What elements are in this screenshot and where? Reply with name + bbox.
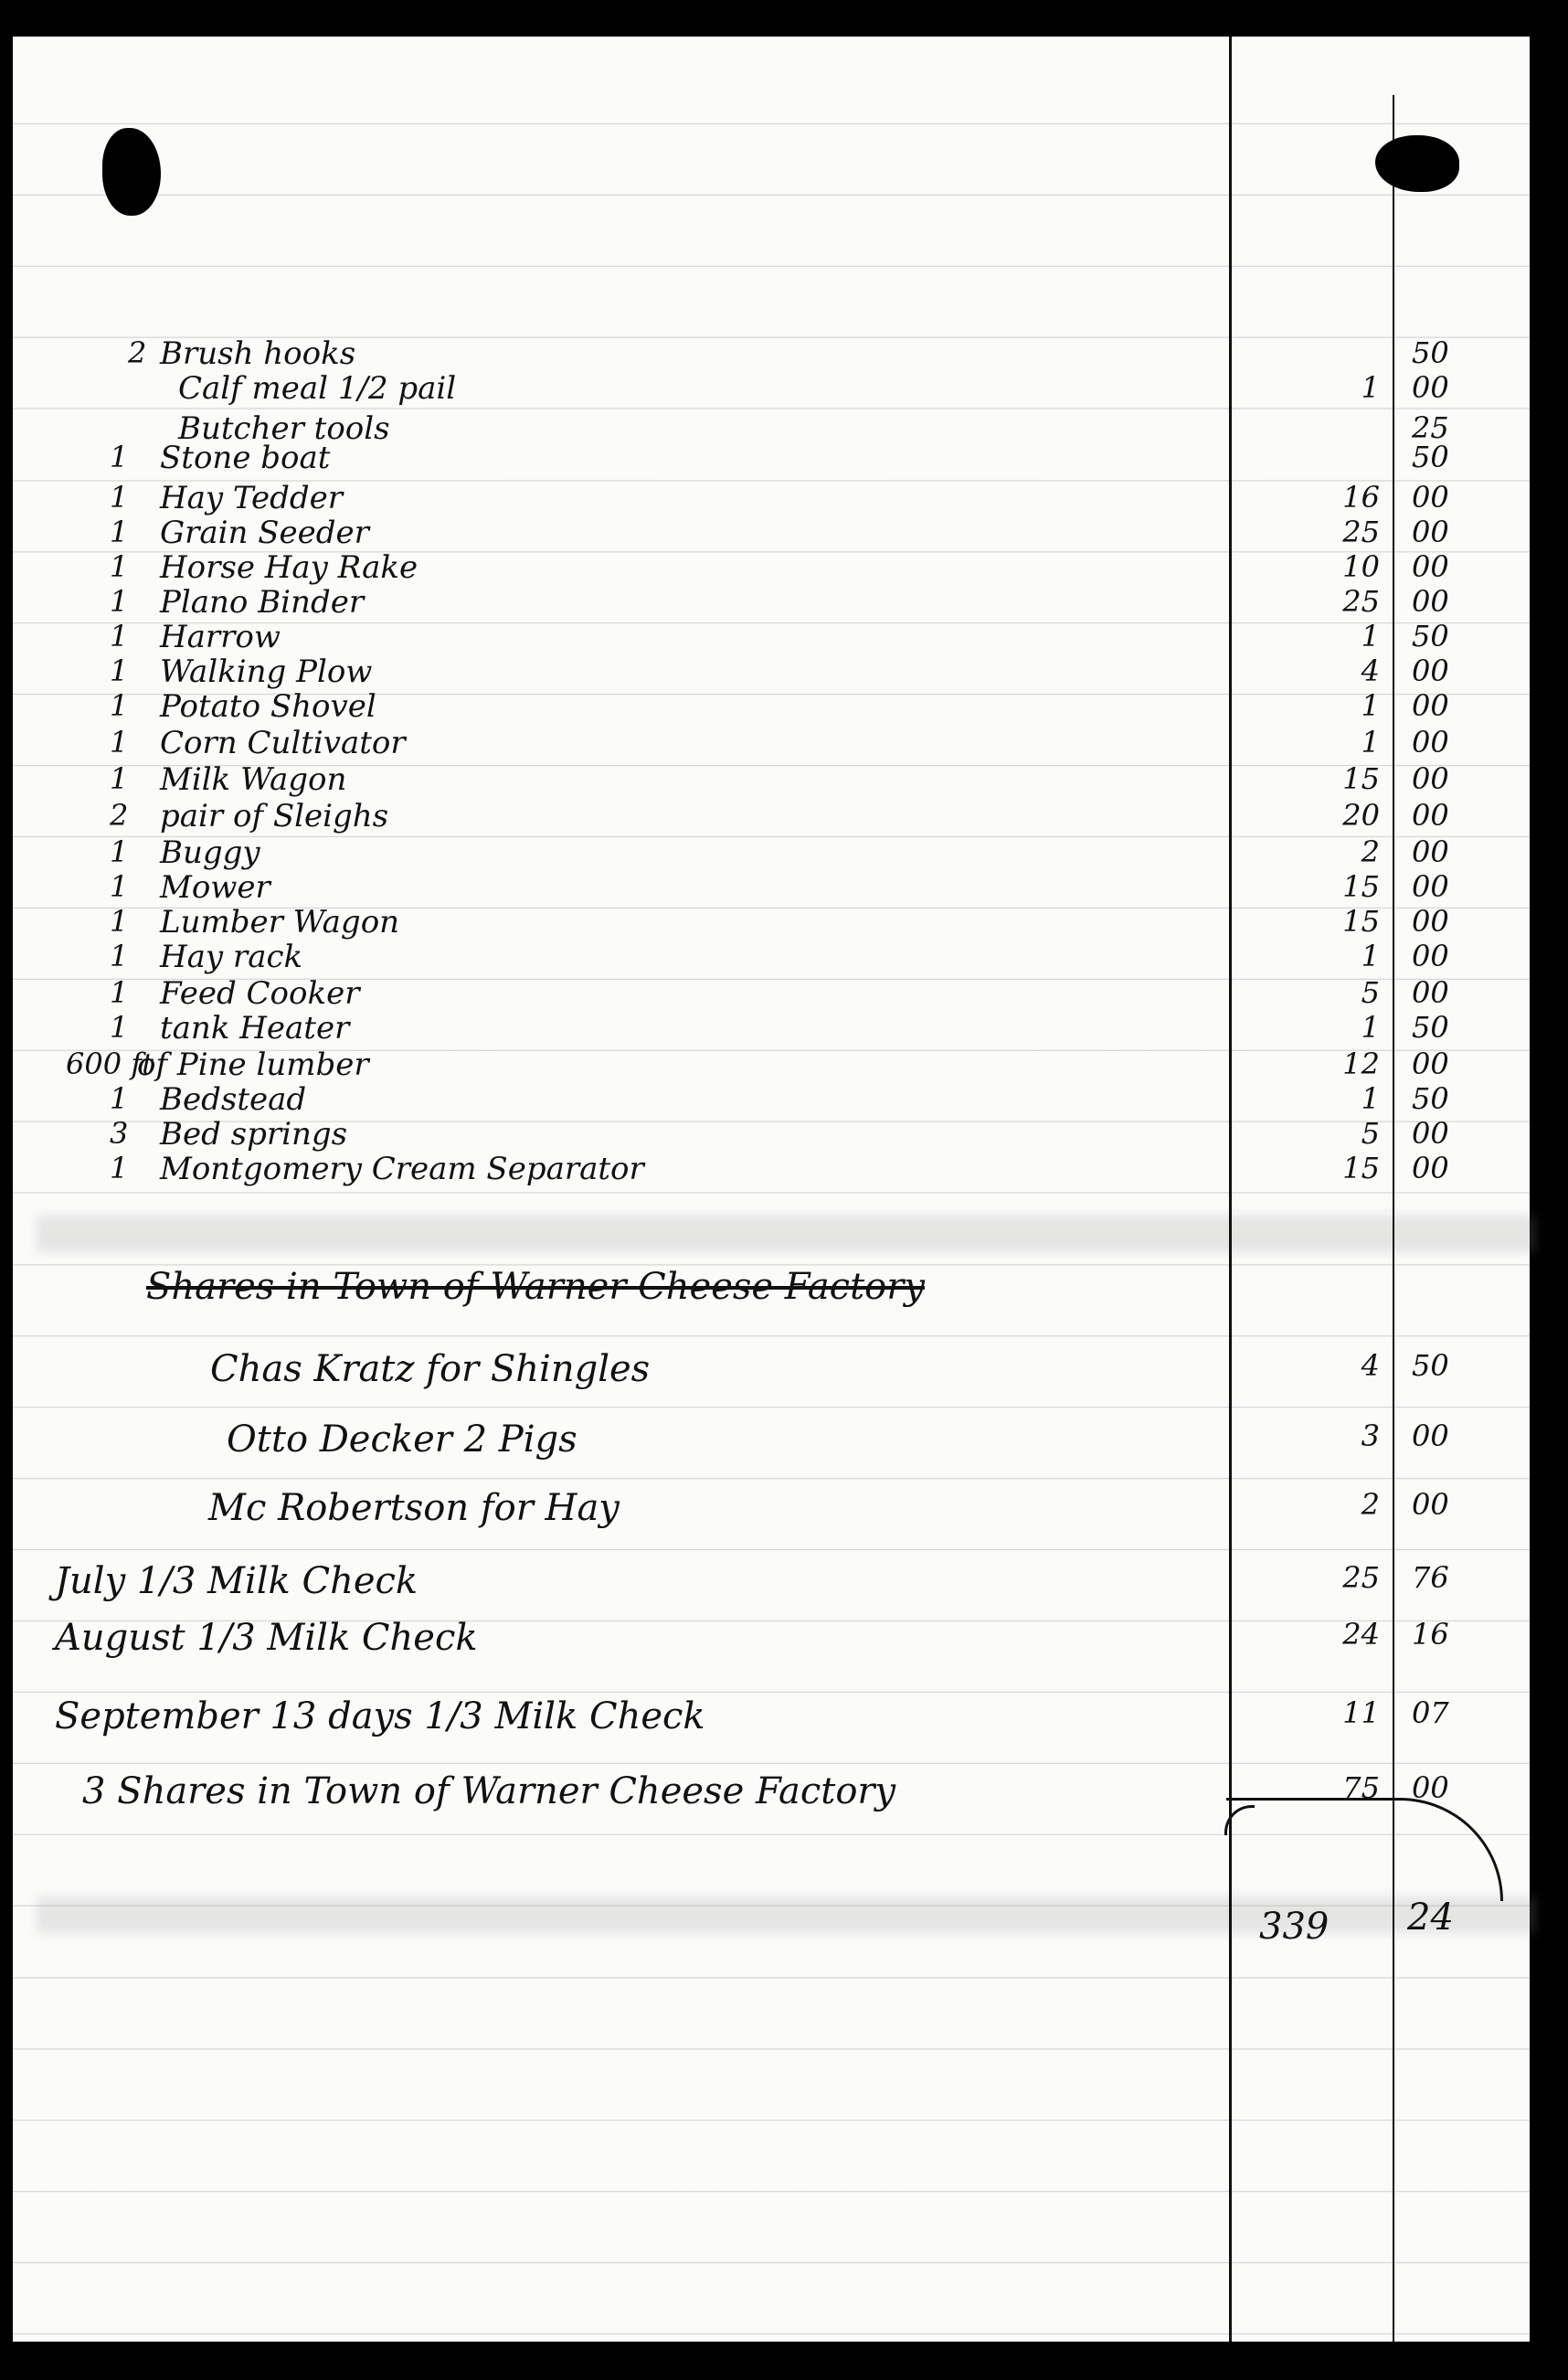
item-dollars: 1 bbox=[1298, 691, 1380, 720]
item-description: Horse Hay Rake bbox=[160, 552, 418, 583]
receipt-dollars: 3 bbox=[1298, 1421, 1380, 1450]
item-dollars: 15 bbox=[1298, 764, 1380, 793]
item-quantity: 2 bbox=[128, 338, 146, 367]
item-description: Lumber Wagon bbox=[160, 907, 399, 938]
item-cents: 00 bbox=[1412, 483, 1494, 512]
item-quantity: 1 bbox=[110, 1153, 128, 1183]
item-description: Plano Binder bbox=[160, 587, 364, 618]
receipt-cents: 00 bbox=[1412, 1421, 1494, 1450]
item-description: Walking Plow bbox=[160, 656, 372, 687]
item-cents: 00 bbox=[1412, 801, 1494, 830]
receipt-description: Mc Robertson for Hay bbox=[208, 1490, 620, 1526]
receipt-cents: 76 bbox=[1412, 1563, 1494, 1592]
item-cents: 50 bbox=[1412, 338, 1494, 367]
cents-column-rule bbox=[1393, 95, 1394, 2342]
item-quantity: 1 bbox=[110, 1084, 128, 1113]
item-description: Milk Wagon bbox=[160, 764, 346, 795]
item-cents: 00 bbox=[1412, 517, 1494, 547]
item-quantity: 1 bbox=[110, 552, 128, 581]
punch-hole-left bbox=[102, 128, 161, 216]
total-cents: 24 bbox=[1407, 1899, 1454, 1936]
receipt-dollars: 24 bbox=[1298, 1620, 1380, 1649]
item-quantity: 1 bbox=[110, 442, 128, 472]
item-description: pair of Sleighs bbox=[160, 801, 388, 832]
item-description: Calf meal 1/2 pail bbox=[178, 373, 456, 404]
receipt-description: September 13 days 1/3 Milk Check bbox=[55, 1698, 705, 1735]
item-description: Bed springs bbox=[160, 1119, 347, 1150]
item-quantity: 1 bbox=[110, 837, 128, 866]
item-cents: 50 bbox=[1412, 442, 1494, 472]
item-cents: 50 bbox=[1412, 1013, 1494, 1042]
item-description: Harrow bbox=[160, 622, 281, 653]
item-cents: 00 bbox=[1412, 656, 1494, 685]
total-dollars: 339 bbox=[1259, 1908, 1329, 1945]
item-dollars: 5 bbox=[1298, 978, 1380, 1007]
item-dollars: 15 bbox=[1298, 907, 1380, 936]
receipt-cents: 00 bbox=[1412, 1490, 1494, 1519]
item-dollars: 1 bbox=[1298, 728, 1380, 757]
item-cents: 00 bbox=[1412, 978, 1494, 1007]
item-quantity: 1 bbox=[110, 1013, 128, 1042]
item-dollars: 2 bbox=[1298, 837, 1380, 866]
dollars-column-rule bbox=[1229, 37, 1232, 2342]
item-cents: 00 bbox=[1412, 764, 1494, 793]
item-description: Corn Cultivator bbox=[160, 728, 406, 759]
item-description: Grain Seeder bbox=[160, 517, 369, 548]
item-dollars: 25 bbox=[1298, 587, 1380, 616]
item-dollars: 25 bbox=[1298, 517, 1380, 547]
item-cents: 00 bbox=[1412, 373, 1494, 402]
receipt-dollars: 11 bbox=[1298, 1698, 1380, 1727]
item-cents: 00 bbox=[1412, 552, 1494, 581]
receipt-dollars: 4 bbox=[1298, 1351, 1380, 1380]
item-description: Buggy bbox=[160, 837, 260, 868]
item-cents: 00 bbox=[1412, 1119, 1494, 1148]
item-description: Hay rack bbox=[160, 941, 302, 972]
item-cents: 50 bbox=[1412, 1084, 1494, 1113]
receipt-description: 3 Shares in Town of Warner Cheese Factor… bbox=[82, 1773, 895, 1810]
item-cents: 25 bbox=[1412, 413, 1494, 442]
item-dollars: 15 bbox=[1298, 1153, 1380, 1183]
item-cents: 00 bbox=[1412, 1153, 1494, 1183]
item-quantity: 1 bbox=[110, 764, 128, 793]
receipt-cents: 00 bbox=[1412, 1773, 1494, 1802]
item-cents: 00 bbox=[1412, 907, 1494, 936]
item-description: Stone boat bbox=[160, 442, 330, 473]
item-quantity: 1 bbox=[110, 872, 128, 901]
item-quantity: 1 bbox=[110, 483, 128, 512]
item-quantity: 1 bbox=[110, 941, 128, 971]
item-description: tank Heater bbox=[160, 1013, 349, 1044]
item-description: of Pine lumber bbox=[137, 1049, 369, 1080]
receipt-description: August 1/3 Milk Check bbox=[55, 1620, 478, 1656]
item-description: Mower bbox=[160, 872, 270, 903]
item-cents: 00 bbox=[1412, 837, 1494, 866]
fold-smudge bbox=[37, 1216, 1535, 1252]
item-dollars: 12 bbox=[1298, 1049, 1380, 1078]
item-cents: 00 bbox=[1412, 1049, 1494, 1078]
item-quantity: 1 bbox=[110, 656, 128, 685]
item-dollars: 1 bbox=[1298, 941, 1380, 971]
item-quantity: 1 bbox=[110, 517, 128, 547]
item-cents: 50 bbox=[1412, 622, 1494, 651]
item-dollars: 1 bbox=[1298, 622, 1380, 651]
item-description: Feed Cooker bbox=[160, 978, 359, 1009]
item-description: Bedstead bbox=[160, 1084, 306, 1115]
receipt-cents: 16 bbox=[1412, 1620, 1494, 1649]
item-quantity: 1 bbox=[110, 622, 128, 651]
item-dollars: 1 bbox=[1298, 1084, 1380, 1113]
punch-hole-right bbox=[1375, 135, 1459, 192]
item-quantity: 3 bbox=[110, 1119, 128, 1148]
item-cents: 00 bbox=[1412, 941, 1494, 971]
item-cents: 00 bbox=[1412, 587, 1494, 616]
item-description: Brush hooks bbox=[160, 338, 355, 369]
item-quantity: 2 bbox=[110, 801, 128, 830]
item-description: Potato Shovel bbox=[160, 691, 376, 722]
item-quantity: 1 bbox=[110, 728, 128, 757]
item-dollars: 4 bbox=[1298, 656, 1380, 685]
item-quantity: 1 bbox=[110, 587, 128, 616]
item-quantity: 1 bbox=[110, 907, 128, 936]
receipt-description: Chas Kratz for Shingles bbox=[210, 1351, 650, 1387]
item-quantity: 1 bbox=[110, 978, 128, 1007]
item-cents: 00 bbox=[1412, 691, 1494, 720]
item-cents: 00 bbox=[1412, 728, 1494, 757]
item-description: Montgomery Cream Separator bbox=[160, 1153, 644, 1185]
item-description: Hay Tedder bbox=[160, 483, 343, 514]
receipt-description: July 1/3 Milk Check bbox=[55, 1563, 418, 1599]
item-dollars: 16 bbox=[1298, 483, 1380, 512]
struck-line: Shares in Town of Warner Cheese Factory bbox=[146, 1269, 925, 1305]
receipt-dollars: 2 bbox=[1298, 1490, 1380, 1519]
item-dollars: 10 bbox=[1298, 552, 1380, 581]
item-dollars: 1 bbox=[1298, 1013, 1380, 1042]
receipt-dollars: 25 bbox=[1298, 1563, 1380, 1592]
receipt-cents: 50 bbox=[1412, 1351, 1494, 1380]
item-dollars: 20 bbox=[1298, 801, 1380, 830]
item-quantity: 1 bbox=[110, 691, 128, 720]
item-dollars: 1 bbox=[1298, 373, 1380, 402]
item-cents: 00 bbox=[1412, 872, 1494, 901]
receipt-cents: 07 bbox=[1412, 1698, 1494, 1727]
item-dollars: 5 bbox=[1298, 1119, 1380, 1148]
receipt-description: Otto Decker 2 Pigs bbox=[227, 1421, 577, 1458]
item-dollars: 15 bbox=[1298, 872, 1380, 901]
